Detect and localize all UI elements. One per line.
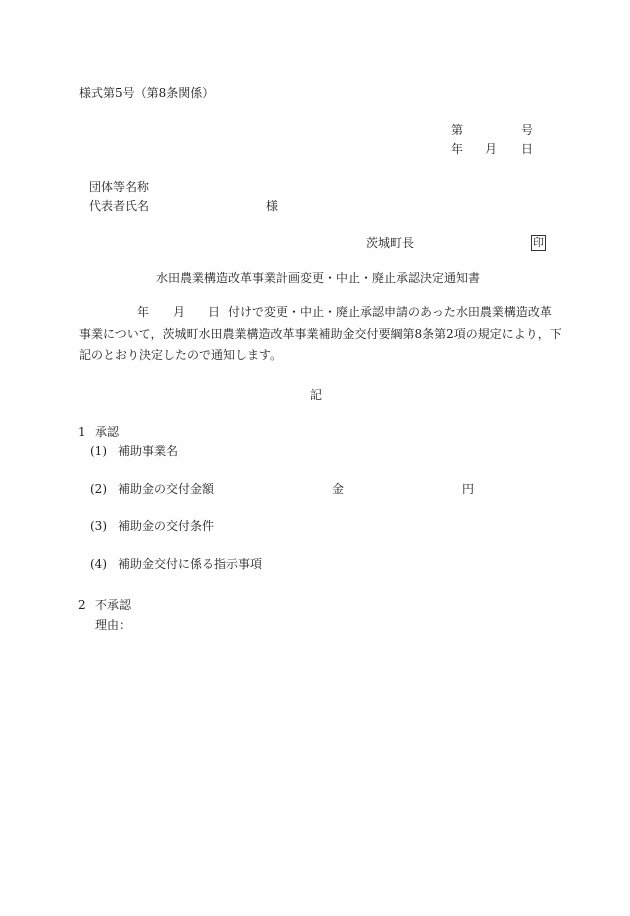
reference-dai: 第 (451, 122, 463, 138)
form-number: 様式第5号（第8条関係） (79, 85, 214, 101)
section-2-number: 2 (78, 597, 86, 613)
body-line1: 付けで変更・中止・廃止承認申請のあった水田農業構造改革 (228, 304, 552, 320)
issuer-name: 茨城町長 (366, 235, 414, 251)
item-2-number: (2) (90, 481, 107, 497)
item-2-label: 補助金の交付金額 (118, 481, 214, 497)
item-1-number: (1) (90, 443, 107, 459)
date-year: 年 (451, 141, 463, 157)
recipient-rep-label: 代表者氏名 (89, 198, 149, 214)
reason-label: 理由： (95, 617, 131, 633)
document-title: 水田農業構造改革事業計画変更・中止・廃止承認決定通知書 (156, 270, 480, 286)
section-1-label: 承認 (95, 424, 119, 440)
body-day: 日 (208, 304, 220, 320)
body-year: 年 (137, 304, 149, 320)
item-3-label: 補助金の交付条件 (118, 518, 214, 534)
date-month: 月 (485, 141, 497, 157)
ki-heading: 記 (310, 387, 322, 403)
item-4-label: 補助金交付に係る指示事項 (118, 556, 262, 572)
section-1-number: 1 (78, 424, 86, 440)
body-line2: 事業について，茨城町水田農業構造改革事業補助金交付要綱第8条第2項の規定により，… (79, 326, 562, 342)
body-line3: 記のとおり決定したので通知します。 (79, 347, 282, 363)
item-4-number: (4) (90, 556, 107, 572)
item-1-label: 補助事業名 (118, 443, 178, 459)
recipient-honorific: 様 (266, 198, 278, 214)
body-month: 月 (173, 304, 185, 320)
seal-icon: 印 (531, 235, 546, 251)
recipient-org-label: 団体等名称 (89, 179, 149, 195)
reference-go: 号 (521, 122, 533, 138)
item-3-number: (3) (90, 518, 107, 534)
seal-mark: 印 (531, 234, 546, 251)
item-2-yen: 円 (462, 481, 474, 497)
section-2-label: 不承認 (95, 597, 131, 613)
item-2-kin: 金 (332, 481, 344, 497)
date-day: 日 (521, 141, 533, 157)
